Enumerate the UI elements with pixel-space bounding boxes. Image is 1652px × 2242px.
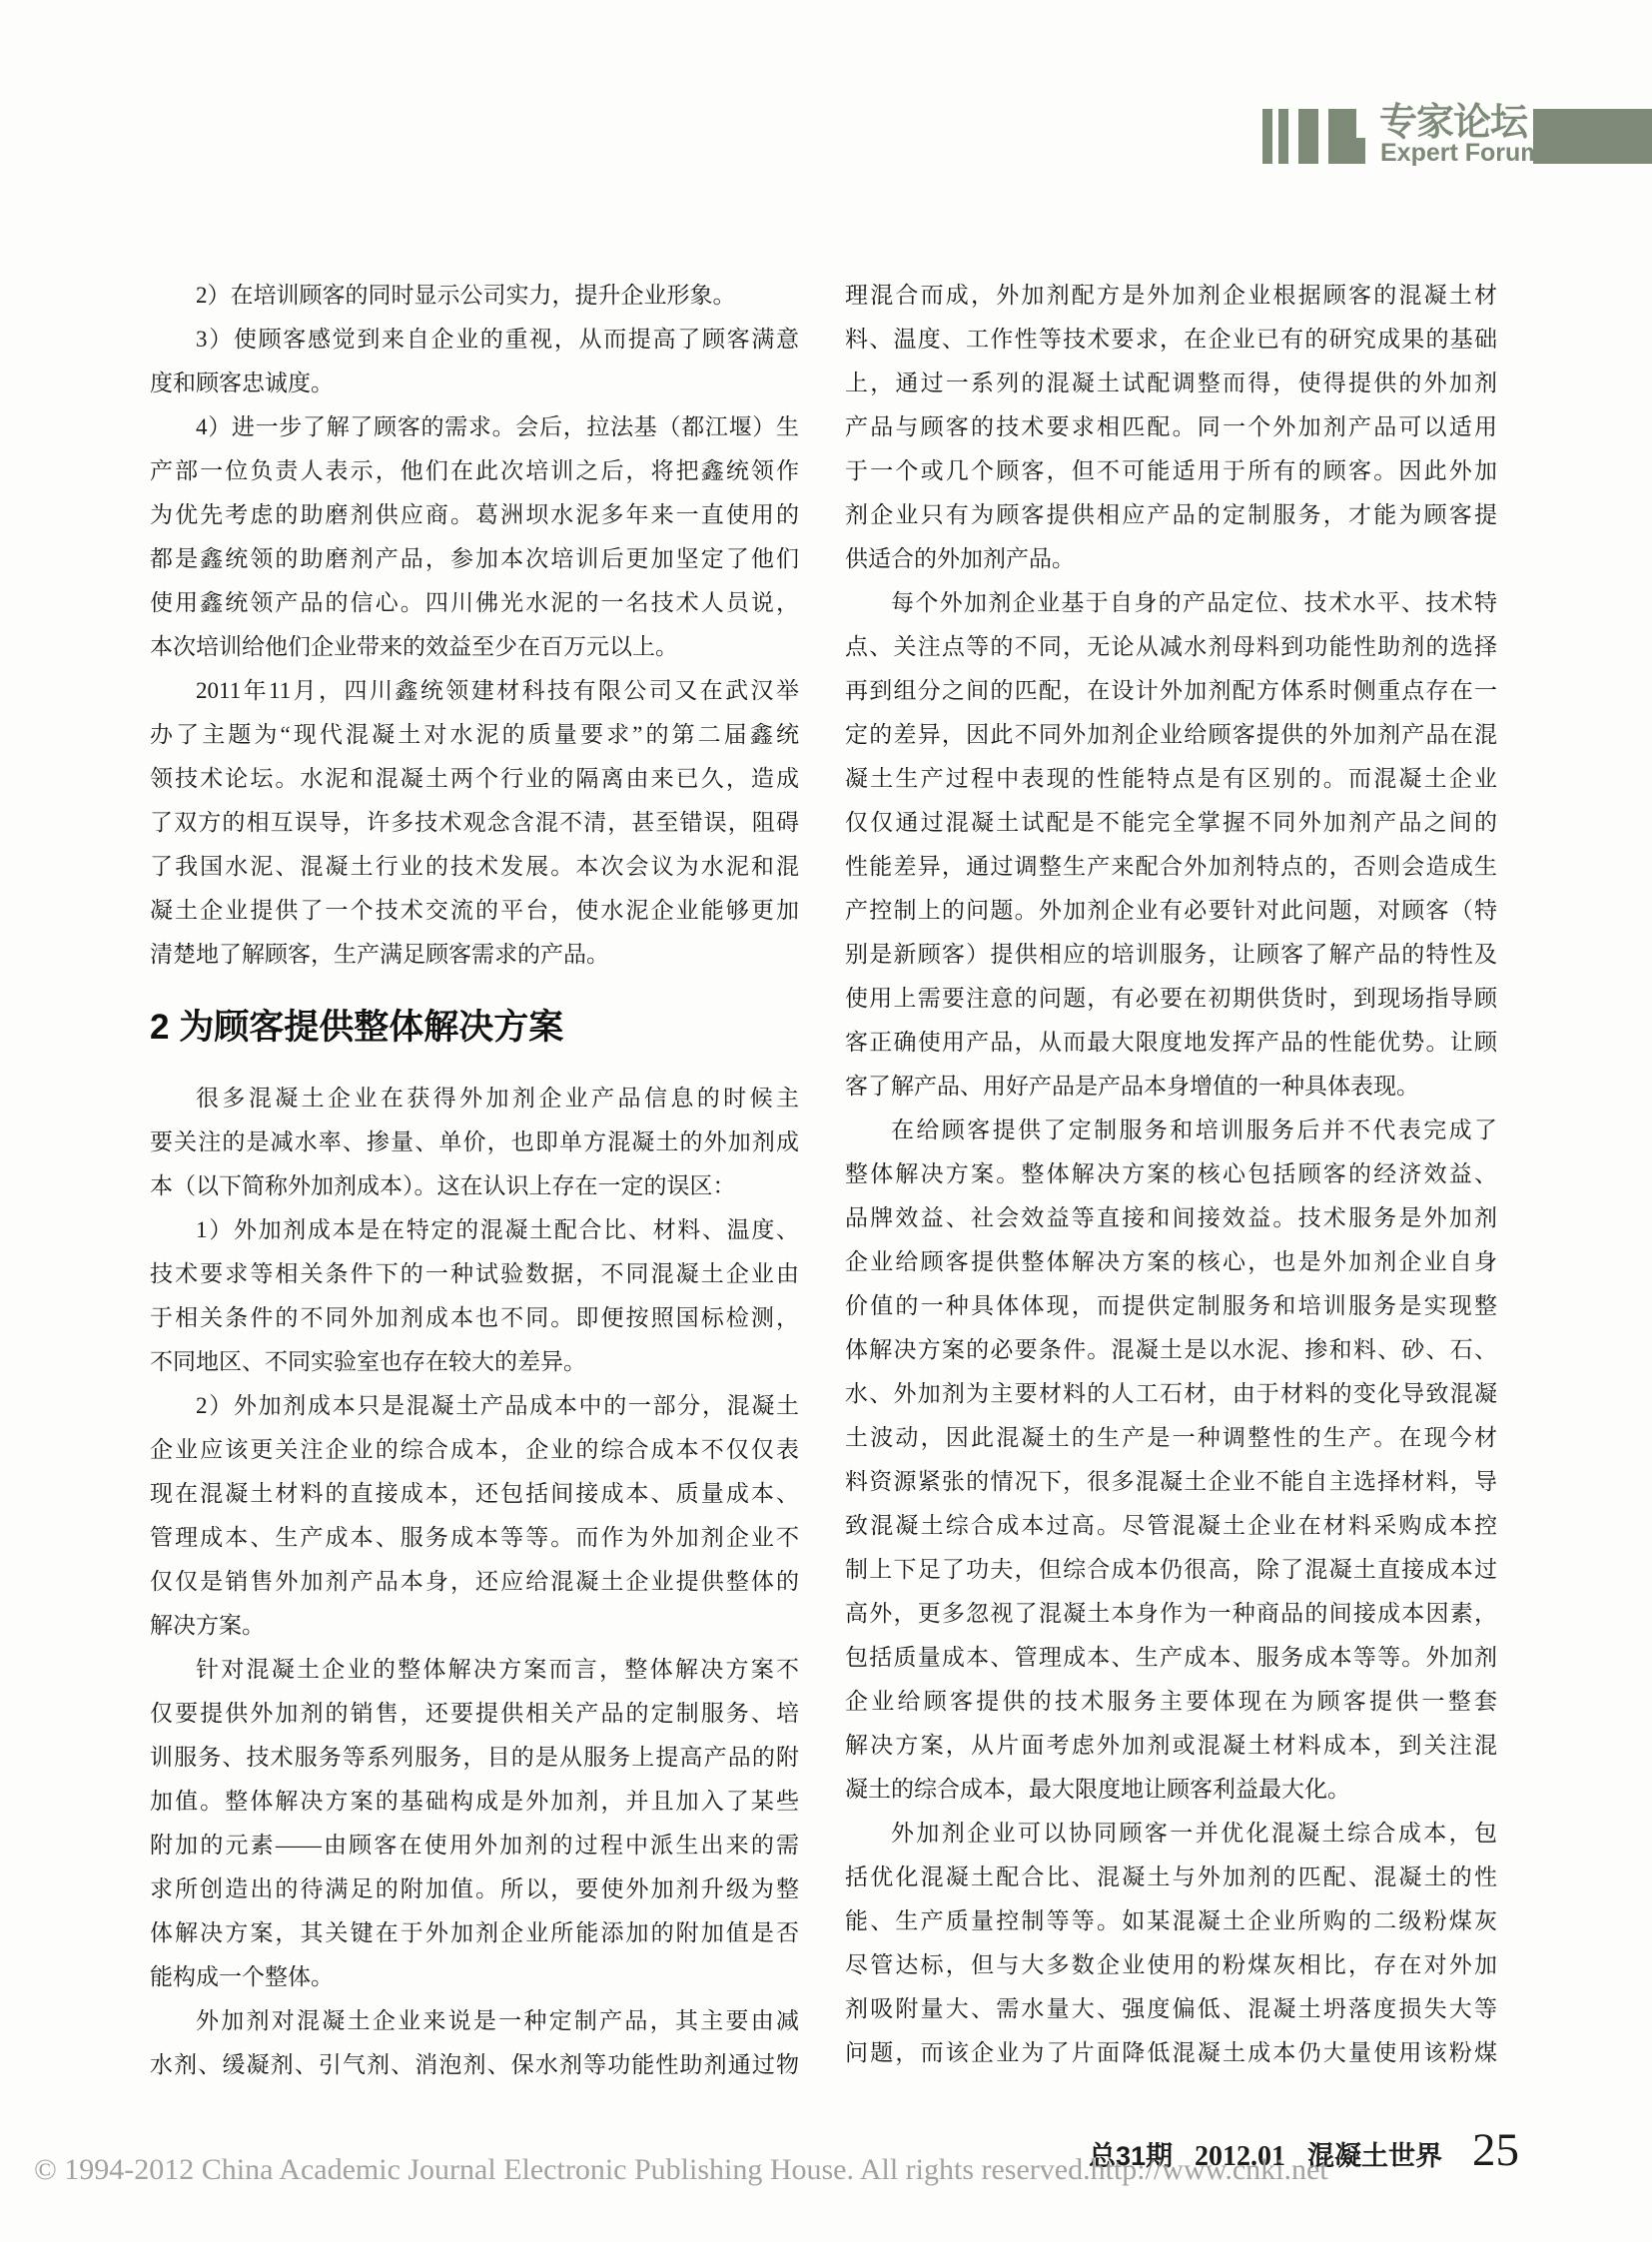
right-column: 理混合而成，外加剂配方是外加剂企业根据顾客的混凝土材料、温度、工作性等技术要求，…: [845, 274, 1497, 2075]
header-block-icon: [1533, 109, 1652, 164]
text-line: 上，通过一系列的混凝土试配调整而得，使得提供的外加剂: [845, 362, 1497, 405]
text-line: 定的差异，因此不同外加剂企业给顾客提供的外加剂产品在混: [845, 713, 1497, 757]
text-line: 本次培训给他们企业带来的效益至少在百万元以上。: [150, 625, 799, 669]
text-line: 每个外加剂企业基于自身的产品定位、技术水平、技术特: [845, 581, 1497, 625]
text-line: 4）进一步了解了顾客的需求。会后，拉法基（都江堰）生: [150, 405, 799, 449]
text-line: 外加剂企业可以协同顾客一并优化混凝土综合成本，包: [845, 1812, 1497, 1856]
left-column: 2）在培训顾客的同时显示公司实力，提升企业形象。3）使顾客感觉到来自企业的重视，…: [150, 274, 799, 2087]
text-line: 仅仅是销售外加剂产品本身，还应给混凝土企业提供整体的: [150, 1560, 799, 1604]
copyright-watermark: © 1994-2012 China Academic Journal Elect…: [34, 2153, 1294, 2187]
text-line: 品牌效益、社会效益等直接和间接效益。技术服务是外加剂: [845, 1196, 1497, 1240]
text-line: 都是鑫统领的助磨剂产品，参加本次培训后更加坚定了他们: [150, 537, 799, 581]
left-column-text-bottom: 很多混凝土企业在获得外加剂企业产品信息的时候主要关注的是减水率、掺量、单价，也即…: [150, 1077, 799, 2087]
section-banner-title: 专家论坛: [1379, 102, 1539, 144]
text-line: 度和顾客忠诚度。: [150, 362, 799, 405]
text-line: 解决方案。: [150, 1604, 799, 1648]
footer-page-number: 25: [1472, 2123, 1519, 2177]
text-line: 问题，而该企业为了片面降低混凝土成本仍大量使用该粉煤: [845, 2031, 1497, 2075]
text-line: 尽管达标，但与大多数企业使用的粉煤灰相比，存在对外加: [845, 1943, 1497, 1987]
text-line: 清楚地了解顾客，生产满足顾客需求的产品。: [150, 933, 799, 977]
text-line: 办了主题为“现代混凝土对水泥的质量要求”的第二届鑫统: [150, 713, 799, 757]
text-line: 客正确使用产品，从而最大限度地发挥产品的性能优势。让顾: [845, 1021, 1497, 1065]
text-line: 求所创造出的待满足的附加值。所以，要使外加剂升级为整: [150, 1868, 799, 1911]
journal-page: { "header": { "title_zh": "专家论坛", "title…: [0, 0, 1652, 2242]
text-line: 凝土企业提供了一个技术交流的平台，使水泥企业能够更加: [150, 889, 799, 933]
text-line: 于一个或几个顾客，但不可能适用于所有的顾客。因此外加: [845, 449, 1497, 493]
copyright-text: © 1994-2012 China Academic Journal Elect…: [34, 2153, 1091, 2187]
text-line: 加值。整体解决方案的基础构成是外加剂，并且加入了某些: [150, 1780, 799, 1824]
text-line: 剂企业只有为顾客提供相应产品的定制服务，才能为顾客提: [845, 493, 1497, 537]
header-bar-icon: [1328, 138, 1365, 164]
text-line: 管理成本、生产成本、服务成本等等。而作为外加剂企业不: [150, 1516, 799, 1560]
text-line: 高外，更多忽视了混凝土本身作为一种商品的间接成本因素，: [845, 1592, 1497, 1636]
text-line: 水、外加剂为主要材料的人工石材，由于材料的变化导致混凝: [845, 1372, 1497, 1416]
text-line: 1）外加剂成本是在特定的混凝土配合比、材料、温度、: [150, 1208, 799, 1252]
text-line: 不同地区、不同实验室也存在较大的差异。: [150, 1340, 799, 1384]
text-line: 使用鑫统领产品的信心。四川佛光水泥的一名技术人员说，: [150, 581, 799, 625]
text-line: 企业应该更关注企业的综合成本，企业的综合成本不仅仅表: [150, 1428, 799, 1472]
text-line: 性能差异，通过调整生产来配合外加剂特点的，否则会造成生: [845, 845, 1497, 889]
text-line: 为优先考虑的助磨剂供应商。葛洲坝水泥多年来一直使用的: [150, 493, 799, 537]
text-line: 剂吸附量大、需水量大、强度偏低、混凝土坍落度损失大等: [845, 1987, 1497, 2031]
text-line: 包括质量成本、管理成本、生产成本、服务成本等等。外加剂: [845, 1636, 1497, 1680]
text-line: 产品与顾客的技术要求相匹配。同一个外加剂产品可以适用: [845, 405, 1497, 449]
text-line: 括优化混凝土配合比、混凝土与外加剂的匹配、混凝土的性: [845, 1856, 1497, 1899]
cnki-url: http://www.cnki.net: [1091, 2153, 1328, 2187]
text-line: 2011年11月，四川鑫统领建材科技有限公司又在武汉举: [150, 669, 799, 713]
text-line: 客了解产品、用好产品是产品本身增值的一种具体表现。: [845, 1065, 1497, 1109]
text-line: 在给顾客提供了定制服务和培训服务后并不代表完成了: [845, 1109, 1497, 1152]
text-line: 再到组分之间的匹配，在设计外加剂配方体系时侧重点存在一: [845, 669, 1497, 713]
text-line: 别是新顾客）提供相应的培训服务，让顾客了解产品的特性及: [845, 933, 1497, 977]
text-line: 能构成一个整体。: [150, 1955, 799, 1999]
text-line: 土波动，因此混凝土的生产是一种调整性的生产。在现今材: [845, 1416, 1497, 1460]
text-line: 仅仅通过混凝土试配是不能完全掌握不同外加剂产品之间的: [845, 801, 1497, 845]
text-line: 了我国水泥、混凝土行业的技术发展。本次会议为水泥和混: [150, 845, 799, 889]
text-line: 供适合的外加剂产品。: [845, 537, 1497, 581]
text-line: 2）在培训顾客的同时显示公司实力，提升企业形象。: [150, 274, 799, 318]
text-line: 制上下足了功夫，但综合成本仍很高，除了混凝土直接成本过: [845, 1548, 1497, 1592]
text-line: 体解决方案的必要条件。混凝土是以水泥、掺和料、砂、石、: [845, 1328, 1497, 1372]
text-line: 致混凝土综合成本过高。尽管混凝土企业在材料采购成本控: [845, 1504, 1497, 1548]
text-line: 仅要提供外加剂的销售，还要提供相关产品的定制服务、培: [150, 1692, 799, 1736]
section-heading: 2 为顾客提供整体解决方案: [150, 1005, 799, 1051]
text-line: 要关注的是减水率、掺量、单价，也即单方混凝土的外加剂成: [150, 1121, 799, 1164]
header-bar-icon: [1298, 109, 1318, 164]
text-line: 针对混凝土企业的整体解决方案而言，整体解决方案不: [150, 1648, 799, 1692]
text-line: 水剂、缓凝剂、引气剂、消泡剂、保水剂等功能性助剂通过物: [150, 2043, 799, 2087]
header-bar-icon: [1262, 109, 1272, 164]
right-column-text: 理混合而成，外加剂配方是外加剂企业根据顾客的混凝土材料、温度、工作性等技术要求，…: [845, 274, 1497, 2075]
text-line: 2）外加剂成本只是混凝土产品成本中的一部分，混凝土: [150, 1384, 799, 1428]
text-line: 领技术论坛。水泥和混凝土两个行业的隔离由来已久，造成: [150, 757, 799, 801]
text-line: 于相关条件的不同外加剂成本也不同。即便按照国标检测，: [150, 1296, 799, 1340]
text-line: 解决方案，从片面考虑外加剂或混凝土材料成本，到关注混: [845, 1724, 1497, 1768]
text-line: 料资源紧张的情况下，很多混凝土企业不能自主选择材料，导: [845, 1460, 1497, 1504]
text-line: 现在混凝土材料的直接成本，还包括间接成本、质量成本、: [150, 1472, 799, 1516]
text-line: 凝土生产过程中表现的性能特点是有区别的。而混凝土企业: [845, 757, 1497, 801]
text-line: 凝土的综合成本，最大限度地让顾客利益最大化。: [845, 1768, 1497, 1812]
text-line: 料、温度、工作性等技术要求，在企业已有的研究成果的基础: [845, 318, 1497, 362]
text-line: 3）使顾客感觉到来自企业的重视，从而提高了顾客满意: [150, 318, 799, 362]
text-line: 体解决方案，其关键在于外加剂企业所能添加的附加值是否: [150, 1911, 799, 1955]
text-line: 技术要求等相关条件下的一种试验数据，不同混凝土企业由: [150, 1252, 799, 1296]
text-line: 很多混凝土企业在获得外加剂企业产品信息的时候主: [150, 1077, 799, 1121]
text-line: 产控制上的问题。外加剂企业有必要针对此问题，对顾客（特: [845, 889, 1497, 933]
text-line: 了双方的相互误导，许多技术观念含混不清，甚至错误，阻碍: [150, 801, 799, 845]
text-line: 理混合而成，外加剂配方是外加剂企业根据顾客的混凝土材: [845, 274, 1497, 318]
text-line: 能、生产质量控制等等。如某混凝土企业所购的二级粉煤灰: [845, 1899, 1497, 1943]
text-line: 点、关注点等的不同，无论从减水剂母料到功能性助剂的选择: [845, 625, 1497, 669]
text-line: 价值的一种具体体现，而提供定制服务和培训服务是实现整: [845, 1284, 1497, 1328]
left-column-text-top: 2）在培训顾客的同时显示公司实力，提升企业形象。3）使顾客感觉到来自企业的重视，…: [150, 274, 799, 977]
text-line: 使用上需要注意的问题，有必要在初期供货时，到现场指导顾: [845, 977, 1497, 1021]
header-bar-icon: [1278, 109, 1288, 164]
text-line: 整体解决方案。整体解决方案的核心包括顾客的经济效益、: [845, 1152, 1497, 1196]
text-line: 企业给顾客提供整体解决方案的核心，也是外加剂企业自身: [845, 1240, 1497, 1284]
text-line: 外加剂对混凝土企业来说是一种定制产品，其主要由减: [150, 1999, 799, 2043]
text-line: 训服务、技术服务等系列服务，目的是从服务上提高产品的附: [150, 1736, 799, 1780]
text-line: 产部一位负责人表示，他们在此次培训之后，将把鑫统领作: [150, 449, 799, 493]
section-banner-subtitle: Expert Forum: [1380, 140, 1550, 166]
text-line: 附加的元素——由顾客在使用外加剂的过程中派生出来的需: [150, 1824, 799, 1868]
text-line: 本（以下简称外加剂成本）。这在认识上存在一定的误区：: [150, 1164, 799, 1208]
text-line: 企业给顾客提供的技术服务主要体现在为顾客提供一整套: [845, 1680, 1497, 1724]
